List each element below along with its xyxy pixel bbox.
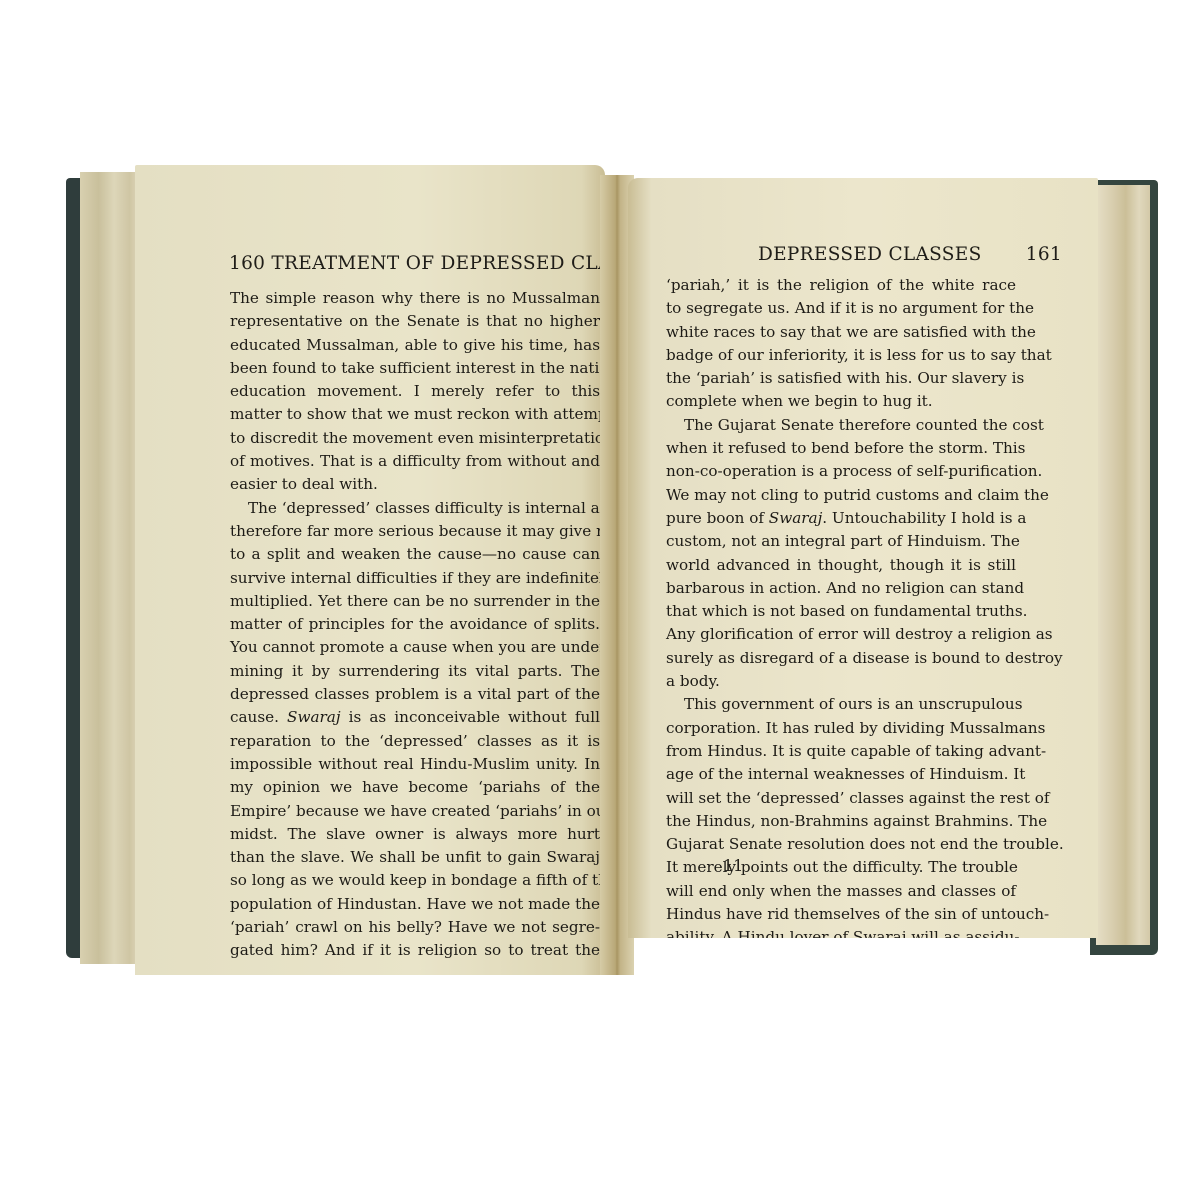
text-line: population of Hindustan. Have we not mad… — [230, 893, 600, 916]
open-book: 160 TREATMENT OF DEPRESSED CLASSES The s… — [0, 0, 1200, 1200]
page-number-161: 161 — [1026, 244, 1062, 265]
text-line: surely as disregard of a disease is boun… — [666, 647, 1016, 670]
text-line: This government of ours is an unscrupulo… — [666, 693, 1016, 716]
text-line: matter of principles for the avoidance o… — [230, 613, 600, 636]
text-line: Any glorification of error will destroy … — [666, 623, 1016, 646]
text-line: multiplied. Yet there can be no surrende… — [230, 590, 600, 613]
text-line: easier to deal with. — [230, 473, 600, 496]
text-line: cause. Swaraj is as inconceivable withou… — [230, 706, 600, 729]
text-line: to discredit the movement even misinterp… — [230, 427, 600, 450]
text-line: midst. The slave owner is always more hu… — [230, 823, 600, 846]
right-page-body: ‘pariah,’ it is the religion of the whit… — [666, 274, 1016, 938]
text-line: than the slave. We shall be unfit to gai… — [230, 846, 600, 869]
text-line: We may not cling to putrid customs and c… — [666, 484, 1016, 507]
text-line: The simple reason why there is no Mussal… — [230, 287, 600, 310]
text-line: corporation. It has ruled by dividing Mu… — [666, 717, 1016, 740]
signature-mark: 11 — [723, 856, 743, 875]
text-line: matter to show that we must reckon with … — [230, 403, 600, 426]
text-line: custom, not an integral part of Hinduism… — [666, 530, 1016, 553]
text-line: therefore far more serious because it ma… — [230, 520, 600, 543]
text-line: education movement. I merely refer to th… — [230, 380, 600, 403]
text-line: mining it by surrendering its vital part… — [230, 660, 600, 683]
page-edges-left — [80, 172, 142, 964]
text-line: gated him? And if it is religion so to t… — [230, 939, 600, 962]
text-line: ‘pariah’ crawl on his belly? Have we not… — [230, 916, 600, 939]
page-edges-right — [1096, 185, 1150, 945]
text-line: white races to say that we are satisfied… — [666, 321, 1016, 344]
text-line: been found to take sufficient interest i… — [230, 357, 600, 380]
running-head-text: TREATMENT OF DEPRESSED CLASSES — [271, 253, 605, 274]
text-line: reparation to the ‘depressed’ classes as… — [230, 730, 600, 753]
text-line: that which is not based on fundamental t… — [666, 600, 1016, 623]
text-line: pure boon of Swaraj. Untouchability I ho… — [666, 507, 1016, 530]
text-line: will set the ‘depressed’ classes against… — [666, 787, 1016, 810]
text-line: so long as we would keep in bondage a fi… — [230, 869, 600, 892]
right-running-head: DEPRESSED CLASSES 161 — [758, 244, 1062, 265]
text-line: a body. — [666, 670, 1016, 693]
left-running-head: 160 TREATMENT OF DEPRESSED CLASSES — [229, 253, 605, 274]
text-line: my opinion we have become ‘pariahs of th… — [230, 776, 600, 799]
text-line: when it refused to bend before the storm… — [666, 437, 1016, 460]
text-line: Empire’ because we have created ‘pariahs… — [230, 800, 600, 823]
text-line: age of the internal weaknesses of Hindui… — [666, 763, 1016, 786]
left-page-body: The simple reason why there is no Mussal… — [230, 287, 600, 963]
text-line: the Hindus, non-Brahmins against Brahmin… — [666, 810, 1016, 833]
text-line: badge of our inferiority, it is less for… — [666, 344, 1016, 367]
text-line: world advanced in thought, though it is … — [666, 554, 1016, 577]
text-line: ‘pariah,’ it is the religion of the whit… — [666, 274, 1016, 297]
text-line: barbarous in action. And no religion can… — [666, 577, 1016, 600]
text-line: of motives. That is a difficulty from wi… — [230, 450, 600, 473]
text-line: will end only when the masses and classe… — [666, 880, 1016, 903]
text-line: Hindus have rid themselves of the sin of… — [666, 903, 1016, 926]
text-line: The ‘depressed’ classes difficulty is in… — [230, 497, 600, 520]
text-line: impossible without real Hindu-Muslim uni… — [230, 753, 600, 776]
text-line: complete when we begin to hug it. — [666, 390, 1016, 413]
text-line: representative on the Senate is that no … — [230, 310, 600, 333]
text-line: The Gujarat Senate therefore counted the… — [666, 414, 1016, 437]
page-number-160: 160 — [229, 253, 265, 274]
text-line: Gujarat Senate resolution does not end t… — [666, 833, 1016, 856]
right-page: DEPRESSED CLASSES 161 ‘pariah,’ it is th… — [628, 178, 1098, 938]
text-line: It merely points out the difficulty. The… — [666, 856, 1016, 879]
text-line: to a split and weaken the cause—no cause… — [230, 543, 600, 566]
text-line: survive internal difficulties if they ar… — [230, 567, 600, 590]
left-page: 160 TREATMENT OF DEPRESSED CLASSES The s… — [135, 165, 605, 975]
text-line: from Hindus. It is quite capable of taki… — [666, 740, 1016, 763]
text-line: to segregate us. And if it is no argumen… — [666, 297, 1016, 320]
running-head-text: DEPRESSED CLASSES — [758, 244, 982, 265]
text-line: ability. A Hindu lover of Swaraj will as… — [666, 926, 1016, 938]
text-line: You cannot promote a cause when you are … — [230, 636, 600, 659]
text-line: educated Mussalman, able to give his tim… — [230, 334, 600, 357]
text-line: the ‘pariah’ is satisfied with his. Our … — [666, 367, 1016, 390]
text-line: non-co-operation is a process of self-pu… — [666, 460, 1016, 483]
text-line: depressed classes problem is a vital par… — [230, 683, 600, 706]
